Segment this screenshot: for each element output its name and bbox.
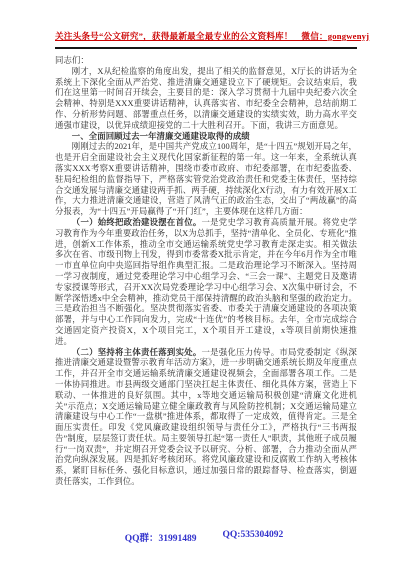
qq-group-text: QQ群：31991489	[125, 530, 197, 544]
footer-contact: QQ群：31991489 QQ:535304092	[0, 530, 408, 544]
point-2-lead: （二）坚持将主体责任落到实处。	[72, 348, 202, 357]
document-page: 关注头条号“公文研究”，获得最新最全最专业的公文资料库！ 微信：gongweny…	[0, 0, 408, 580]
point-2-paragraph: （二）坚持将主体责任落到实处。一是强化压力传导。市局党委制定《纵深推进清廉交通建…	[55, 348, 357, 488]
point-1-lead: （一）始终把政治建设摆在首位。	[72, 218, 202, 227]
section-1-overview: 刚刚过去的2021年，是中国共产党成立100周年，是“十四五”规划开局之年，也是…	[55, 142, 357, 218]
qq-number-text: QQ:535304092	[223, 530, 284, 544]
section-1-heading: 一、全面回顾过去一年清廉交通建设取得的成绩	[55, 132, 357, 143]
document-body: 同志们： 刚才，X从纪检监察的角度出发，提出了相关的监督意见，X厅长的讲话为全系…	[55, 56, 357, 488]
salutation: 同志们：	[55, 56, 357, 67]
header-banner-text: 关注头条号“公文研究”，获得最新最全最专业的公文资料库！ 微信：gongweny…	[55, 31, 369, 41]
header-banner: 关注头条号“公文研究”，获得最新最全最专业的公文资料库！ 微信：gongweny…	[55, 26, 357, 49]
intro-paragraph: 刚才，X从纪检监察的角度出发，提出了相关的监督意见，X厅长的讲话为全系统上下深化…	[55, 67, 357, 132]
point-1-body: 一是党史学习教育高质量开展。将党史学习教育作为今年重要政治任务，以X为总抓手，坚…	[55, 218, 357, 346]
point-1-paragraph: （一）始终把政治建设摆在首位。一是党史学习教育高质量开展。将党史学习教育作为今年…	[55, 218, 357, 348]
point-2-body: 一是强化压力传导。市局党委制定《纵深推进清廉交通建设暨警示教育年活动方案》，进一…	[55, 348, 357, 487]
